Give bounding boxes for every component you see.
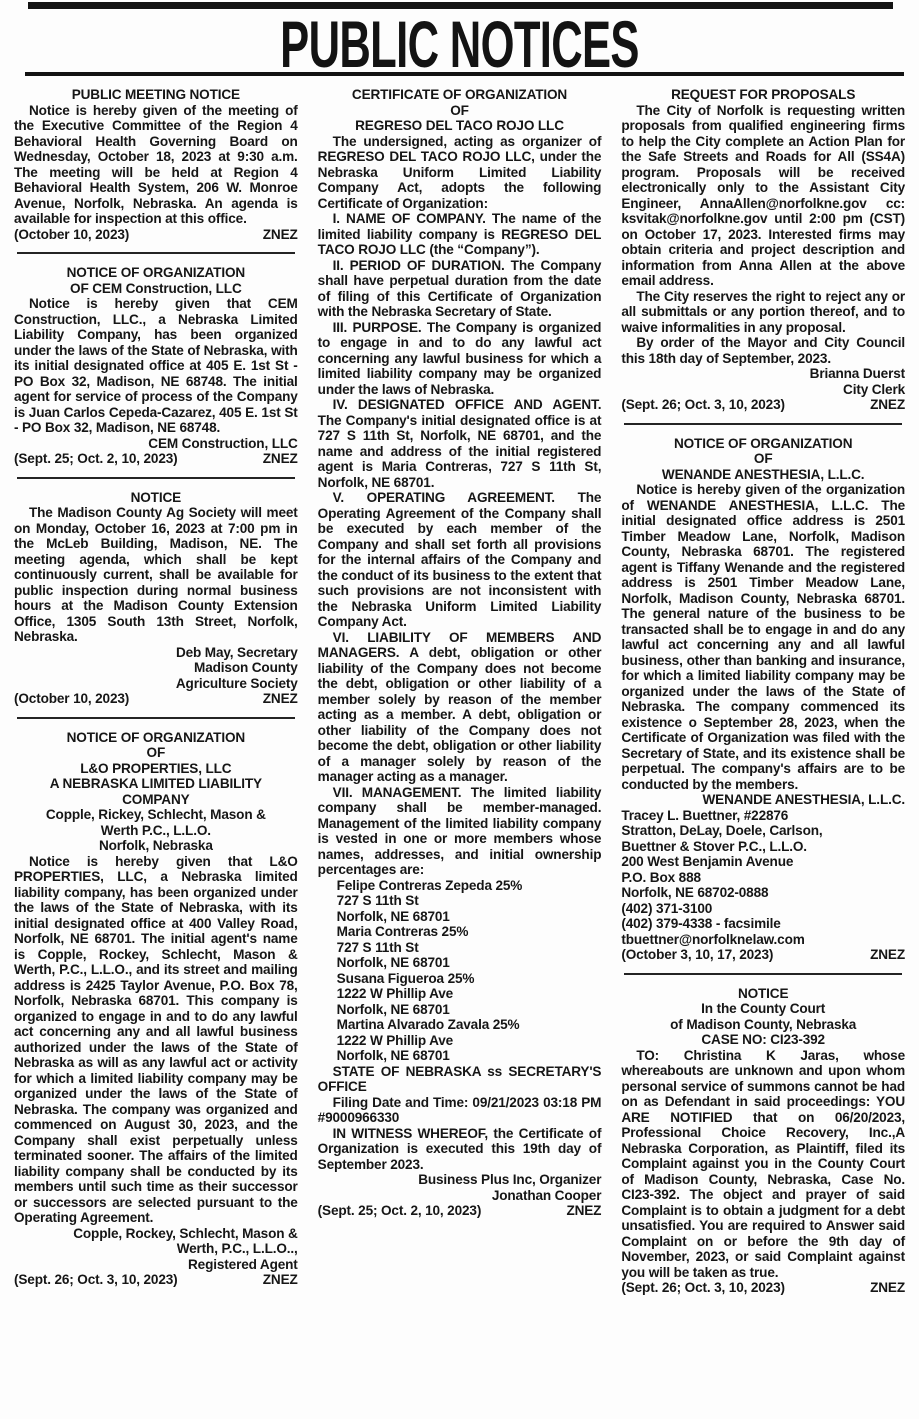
notice: PUBLIC MEETING NOTICENotice is hereby gi… [14,87,298,242]
notice-heading-line: OF [14,745,298,761]
notice-line-block: Tracey L. Buettner, #22876Stratton, DeLa… [621,808,905,948]
notice-divider [17,252,295,254]
notice-line: Norfolk, NE 68701 [318,955,602,971]
notice-dateline: (Sept. 26; Oct. 3, 10, 2023)ZNEZ [621,397,905,413]
notice-signoff-line: Deb May, Secretary [14,645,298,661]
notice-dateline: (Sept. 25; Oct. 2, 10, 2023)ZNEZ [14,451,298,467]
notice-line: 1222 W Phillip Ave [318,986,602,1002]
notice-signoff: Brianna DuerstCity Clerk [621,366,905,397]
notice: CERTIFICATE OF ORGANIZATIONOFREGRESO DEL… [318,87,602,1219]
notice-heading-line: COMPANY [14,792,298,808]
notice-signoff-line: Agriculture Society [14,676,298,692]
notice-signoff: Copple, Rockey, Schlecht, Mason &Werth, … [14,1226,298,1273]
notice-paragraph: By order of the Mayor and City Council t… [621,335,905,366]
notice-heading-line: Werth P.C., L.L.O. [14,823,298,839]
notice-line: Norfolk, NE 68701 [318,1002,602,1018]
notice-heading-line: NOTICE [621,986,905,1002]
dateline-date: (Sept. 26; Oct. 3, 10, 2023) [14,1272,178,1288]
notice-signoff-line: Business Plus Inc, Organizer [318,1172,602,1188]
notice-paragraph: STATE OF NEBRASKA ss SECRETARY'S OFFICE [318,1064,602,1095]
notice-heading-line: NOTICE OF ORGANIZATION [14,265,298,281]
notice-signoff-line: Registered Agent [14,1257,298,1273]
notice-line: 1222 W Phillip Ave [318,1033,602,1049]
notice-paragraph: The undersigned, acting as organizer of … [318,134,602,212]
dateline-date: (October 3, 10, 17, 2023) [621,947,773,963]
notice-divider [624,423,902,425]
notice-heading-line: WENANDE ANESTHESIA, L.L.C. [621,467,905,483]
notice-paragraph: VI. LIABILITY OF MEMBERS AND MANAGERS. A… [318,630,602,785]
notice-heading-line: REGRESO DEL TACO ROJO LLC [318,118,602,134]
notice-signoff-line: Jonathan Cooper [318,1188,602,1204]
notice: NOTICEIn the County Courtof Madison Coun… [621,986,905,1296]
notice-heading-line: NOTICE [14,490,298,506]
notice-line: Susana Figueroa 25% [318,971,602,987]
notice-line: Martina Alvarado Zavala 25% [318,1017,602,1033]
notice-line: Buettner & Stover P.C., L.L.O. [621,839,905,855]
notice-line-block: Felipe Contreras Zepeda 25%727 S 11th St… [318,878,602,1064]
dateline-tag: ZNEZ [263,227,298,243]
notice-paragraph: IV. DESIGNATED OFFICE AND AGENT. The Com… [318,397,602,490]
notice-line: (402) 371-3100 [621,901,905,917]
dateline-tag: ZNEZ [566,1203,601,1219]
notice-heading-line: of Madison County, Nebraska [621,1017,905,1033]
dateline-date: (October 10, 2023) [14,691,129,707]
notice-line: Norfolk, NE 68702-0888 [621,885,905,901]
notice-line: (402) 379-4338 - facsimile [621,916,905,932]
notice-heading-line: CASE NO: CI23-392 [621,1032,905,1048]
notice-divider [624,973,902,975]
notice-paragraph: II. PERIOD OF DURATION. The Company shal… [318,258,602,320]
masthead-rule [25,72,904,76]
notice-heading-line: OF [621,451,905,467]
notice-heading-line: In the County Court [621,1001,905,1017]
notice: REQUEST FOR PROPOSALSThe City of Norfolk… [621,87,905,413]
notice-signoff: Deb May, SecretaryMadison CountyAgricult… [14,645,298,692]
notice-heading-line: A NEBRASKA LIMITED LIABILITY [14,776,298,792]
notice-signoff-line: Werth, P.C., L.L.O.., [14,1241,298,1257]
notice-column-1: PUBLIC MEETING NOTICENotice is hereby gi… [14,87,298,1419]
notice-paragraph: VII. MANAGEMENT. The limited liability c… [318,785,602,878]
dateline-date: (Sept. 25; Oct. 2, 10, 2023) [14,451,178,467]
dateline-tag: ZNEZ [870,397,905,413]
notice-heading-line: NOTICE OF ORGANIZATION [14,730,298,746]
notice-line: 727 S 11th St [318,940,602,956]
notice-line: tbuettner@norfolknelaw.com [621,932,905,948]
notice-paragraph: I. NAME OF COMPANY. The name of the limi… [318,211,602,258]
notice-paragraph: Notice is hereby given of the organizati… [621,482,905,792]
notice-heading-line: OF CEM Construction, LLC [14,281,298,297]
notice-paragraph: TO: Christina K Jaras, whose whereabouts… [621,1048,905,1281]
notice-columns: PUBLIC MEETING NOTICENotice is hereby gi… [14,87,905,1419]
notice-line: Tracey L. Buettner, #22876 [621,808,905,824]
notice-paragraph: V. OPERATING AGREEMENT. The Operating Ag… [318,490,602,630]
notice-signoff-line: CEM Construction, LLC [14,436,298,452]
notice-signoff-line: City Clerk [621,382,905,398]
notice-dateline: (Sept. 26; Oct. 3, 10, 2023)ZNEZ [14,1272,298,1288]
dateline-date: (Sept. 25; Oct. 2, 10, 2023) [318,1203,482,1219]
notice-paragraph: Notice is hereby given of the meeting of… [14,103,298,227]
notice-line: Norfolk, NE 68701 [318,1048,602,1064]
notice-paragraph: Notice is hereby given that L&O PROPERTI… [14,854,298,1226]
notice-signoff: CEM Construction, LLC [14,436,298,452]
notice-line: Maria Contreras 25% [318,924,602,940]
notice-line: Felipe Contreras Zepeda 25% [318,878,602,894]
dateline-date: (Sept. 26; Oct. 3, 10, 2023) [621,1280,785,1296]
notice-signoff-line: Brianna Duerst [621,366,905,382]
notice-line: P.O. Box 888 [621,870,905,886]
notice-dateline: (October 10, 2023)ZNEZ [14,691,298,707]
notice-heading-line: CERTIFICATE OF ORGANIZATION [318,87,602,103]
dateline-tag: ZNEZ [870,1280,905,1296]
notice-divider [17,717,295,719]
dateline-date: (Sept. 26; Oct. 3, 10, 2023) [621,397,785,413]
notice-paragraph: The City of Norfolk is requesting writte… [621,103,905,289]
notice-heading-line: NOTICE OF ORGANIZATION [621,436,905,452]
notice-heading-line: L&O PROPERTIES, LLC [14,761,298,777]
notice-line: Norfolk, NE 68701 [318,909,602,925]
notice-divider [17,477,295,479]
notice-signoff-line: Copple, Rockey, Schlecht, Mason & [14,1226,298,1242]
notice-dateline: (October 3, 10, 17, 2023)ZNEZ [621,947,905,963]
notice-signoff-line: Madison County [14,660,298,676]
notice-heading-line: PUBLIC MEETING NOTICE [14,87,298,103]
notice-paragraph: IN WITNESS WHEREOF, the Certificate of O… [318,1126,602,1173]
notice-paragraph: Notice is hereby given that CEM Construc… [14,296,298,436]
dateline-tag: ZNEZ [870,947,905,963]
dateline-date: (October 10, 2023) [14,227,129,243]
notice-heading-line: Copple, Rickey, Schlecht, Mason & [14,807,298,823]
page-title: PUBLIC NOTICES [156,6,763,70]
dateline-tag: ZNEZ [263,691,298,707]
notice-dateline: (October 10, 2023)ZNEZ [14,227,298,243]
notice: NOTICE OF ORGANIZATIONOFWENANDE ANESTHES… [621,436,905,963]
notice-heading-line: REQUEST FOR PROPOSALS [621,87,905,103]
notice-heading-line: OF [318,103,602,119]
notice-paragraph: The Madison County Ag Society will meet … [14,505,298,645]
notice: NOTICEThe Madison County Ag Society will… [14,490,298,707]
notice-paragraph: III. PURPOSE. The Company is organized t… [318,320,602,398]
notice-column-3: REQUEST FOR PROPOSALSThe City of Norfolk… [621,87,905,1419]
notice-paragraph: The City reserves the right to reject an… [621,289,905,336]
notice-signoff-line: WENANDE ANESTHESIA, L.L.C. [621,792,905,808]
notice-column-2: CERTIFICATE OF ORGANIZATIONOFREGRESO DEL… [318,87,602,1419]
notice-line: 727 S 11th St [318,893,602,909]
newspaper-page: PUBLIC NOTICES PUBLIC MEETING NOTICENoti… [0,0,919,1419]
notice: NOTICE OF ORGANIZATIONOFL&O PROPERTIES, … [14,730,298,1288]
notice-paragraph: Filing Date and Time: 09/21/2023 03:18 P… [318,1095,602,1126]
dateline-tag: ZNEZ [263,451,298,467]
notice-line: Stratton, DeLay, Doele, Carlson, [621,823,905,839]
notice-dateline: (Sept. 25; Oct. 2, 10, 2023)ZNEZ [318,1203,602,1219]
notice-line: 200 West Benjamin Avenue [621,854,905,870]
notice: NOTICE OF ORGANIZATIONOF CEM Constructio… [14,265,298,467]
notice-heading-line: Norfolk, Nebraska [14,838,298,854]
notice-signoff: Business Plus Inc, OrganizerJonathan Coo… [318,1172,602,1203]
dateline-tag: ZNEZ [263,1272,298,1288]
notice-signoff: WENANDE ANESTHESIA, L.L.C. [621,792,905,808]
notice-dateline: (Sept. 26; Oct. 3, 10, 2023)ZNEZ [621,1280,905,1296]
